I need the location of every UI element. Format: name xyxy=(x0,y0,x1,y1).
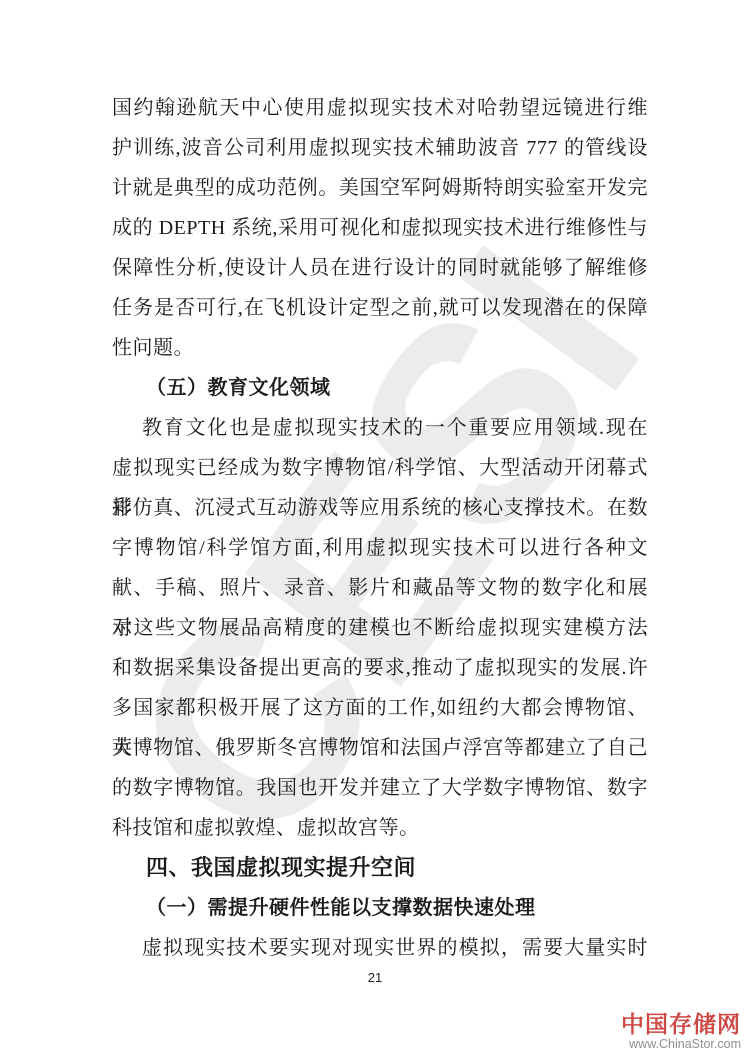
text-line: 性问题。 xyxy=(112,328,648,368)
text-line: （一）需提升硬件性能以支撑数据快速处理 xyxy=(112,888,648,928)
text-line: 计就是典型的成功范例。美国空军阿姆斯特朗实验室开发完 xyxy=(112,168,648,208)
text-line: 成的 DEPTH 系统,采用可视化和虚拟现实技术进行维修性与 xyxy=(112,208,648,248)
text-line: （五）教育文化领域 xyxy=(112,368,648,408)
text-line: 献、手稿、照片、录音、影片和藏品等文物的数字化和展示. xyxy=(112,568,648,608)
document-text-block: 国约翰逊航天中心使用虚拟现实技术对哈勃望远镜进行维护训练,波音公司利用虚拟现实技… xyxy=(112,88,648,968)
site-logo-url: www.ChinaStor.com xyxy=(621,1038,741,1052)
text-line: 英博物馆、俄罗斯冬宫博物馆和法国卢浮宫等都建立了自己 xyxy=(112,728,648,768)
text-line: 国约翰逊航天中心使用虚拟现实技术对哈勃望远镜进行维 xyxy=(112,88,648,128)
text-line: 的数字博物馆。我国也开发并建立了大学数字博物馆、数字 xyxy=(112,768,648,808)
text-line: 虚拟现实已经成为数字博物馆/科学馆、大型活动开闭幕式彩 xyxy=(112,448,648,488)
text-line: 字博物馆/科学馆方面,利用虚拟现实技术可以进行各种文 xyxy=(112,528,648,568)
text-line: 科技馆和虚拟敦煌、虚拟故宫等。 xyxy=(112,808,648,848)
text-line: 多国家都积极开展了这方面的工作,如纽约大都会博物馆、大 xyxy=(112,688,648,728)
text-line: 保障性分析,使设计人员在进行设计的同时就能够了解维修 xyxy=(112,248,648,288)
text-line: 教育文化也是虚拟现实技术的一个重要应用领域.现在 xyxy=(112,408,648,448)
site-logo: 中国存储网 www.ChinaStor.com xyxy=(621,1012,741,1052)
page-number: 21 xyxy=(0,970,750,985)
text-line: 四、我国虚拟现实提升空间 xyxy=(112,848,648,888)
text-line: 护训练,波音公司利用虚拟现实技术辅助波音 777 的管线设 xyxy=(112,128,648,168)
text-line: 任务是否可行,在飞机设计定型之前,就可以发现潜在的保障 xyxy=(112,288,648,328)
site-logo-name: 中国存储网 xyxy=(621,1012,741,1037)
text-line: 对这些文物展品高精度的建模也不断给虚拟现实建模方法 xyxy=(112,608,648,648)
text-line: 和数据采集设备提出更高的要求,推动了虚拟现实的发展.许 xyxy=(112,648,648,688)
text-line: 排仿真、沉浸式互动游戏等应用系统的核心支撑技术。在数 xyxy=(112,488,648,528)
text-line: 虚拟现实技术要实现对现实世界的模拟，需要大量实时 xyxy=(112,928,648,968)
document-page: CESI 国约翰逊航天中心使用虚拟现实技术对哈勃望远镜进行维护训练,波音公司利用… xyxy=(0,0,750,1060)
